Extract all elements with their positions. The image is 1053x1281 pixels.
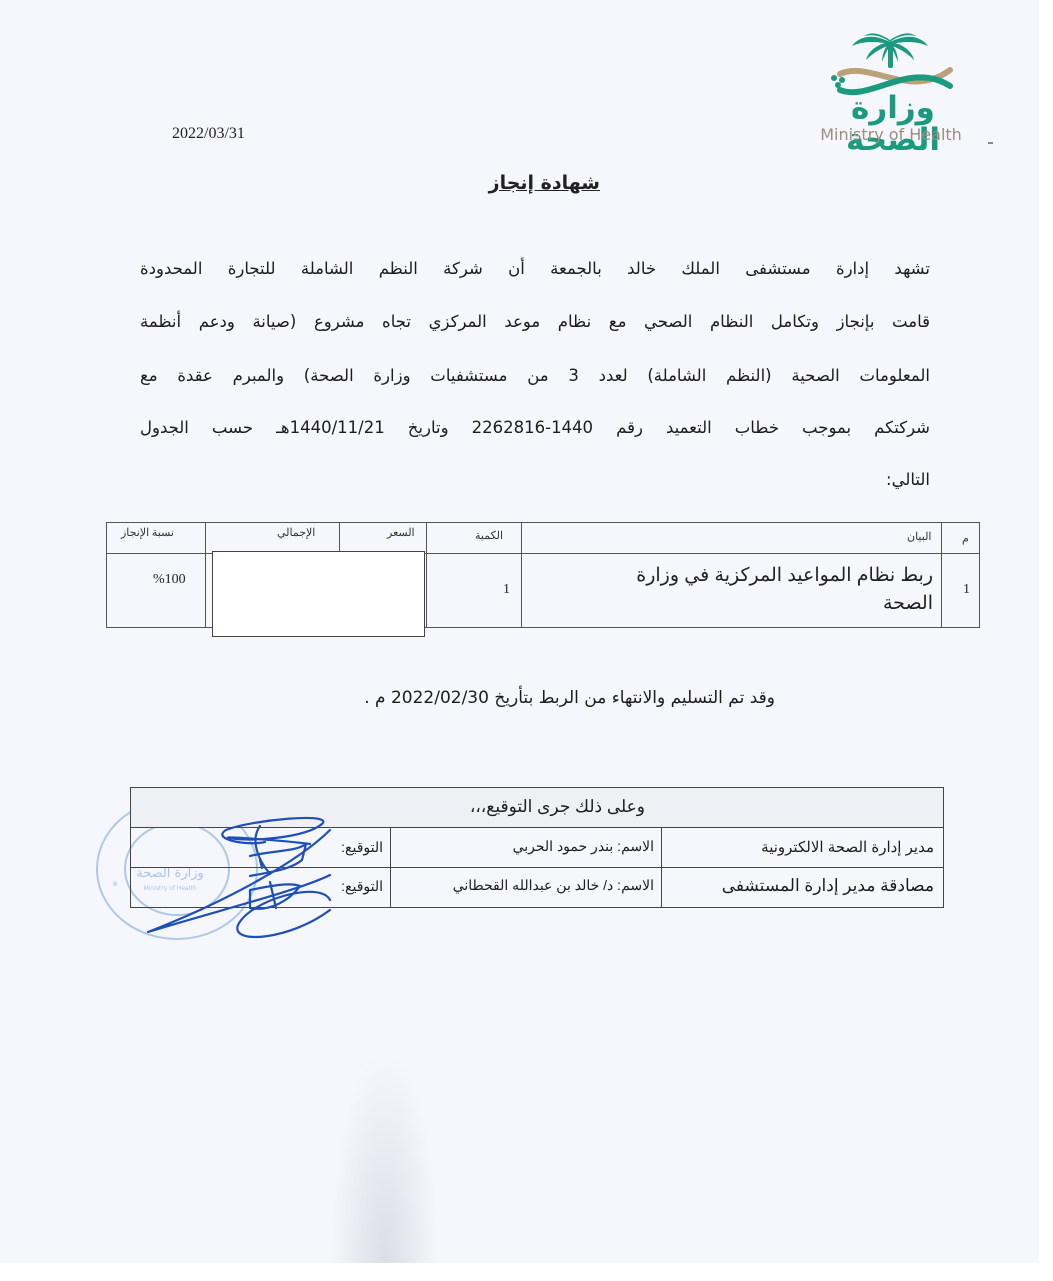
col-divider [339, 523, 340, 553]
document-date: 2022/03/31 [172, 125, 245, 143]
col-divider [521, 523, 522, 627]
delivery-note: وقد تم التسليم والانتهاء من الربط بتأريخ… [300, 688, 775, 708]
row-index: 1 [963, 582, 970, 598]
body-line: قامت بإنجاز وتكامل النظام الصحي مع نظام … [140, 312, 930, 331]
body-line: المعلومات الصحية (النظم الشاملة) لعدد 3 … [140, 366, 930, 385]
ministry-name-arabic: وزارة الصحة [808, 92, 978, 156]
signer-role: مصادقة مدير إدارة المستشفى [722, 876, 934, 896]
col-divider [941, 523, 942, 627]
row-quantity: 1 [503, 582, 510, 598]
scan-shadow [330, 1050, 440, 1263]
row-completion: %100 [153, 572, 186, 588]
header-index: م [962, 532, 969, 545]
handwritten-signature-icon [100, 800, 360, 950]
col-divider [390, 828, 391, 907]
document-title: شهادة إنجاز [480, 172, 600, 194]
redacted-price-total [212, 551, 425, 637]
row-description: ربط نظام المواعيد المركزية في وزارة الصح… [581, 562, 933, 618]
signer-role: مدير إدارة الصحة الالكترونية [761, 838, 934, 856]
signer-name: الاسم: د/ خالد بن عبدالله القحطاني [453, 877, 654, 894]
table-header-row [107, 523, 979, 554]
scan-speck [988, 142, 993, 144]
col-divider [661, 828, 662, 907]
ministry-name-english: Ministry of Health [806, 125, 976, 144]
body-line: شركتكم بموجب خطاب التعميد رقم 1440-22628… [140, 418, 930, 437]
header-total: الإجمالي [277, 526, 315, 539]
header-completion: نسبة الإنجاز [121, 526, 174, 539]
col-divider [426, 523, 427, 627]
header-quantity: الكمية [475, 529, 503, 542]
signature-heading: وعلى ذلك جرى التوقيع،،، [470, 797, 645, 817]
header-price: السعر [387, 526, 415, 539]
header-description: البيان [907, 530, 931, 543]
signer-name: الاسم: بندر حمود الحربي [513, 838, 654, 855]
body-line: تشهد إدارة مستشفى الملك خالد بالجمعة أن … [140, 259, 930, 278]
body-line: التالي: [140, 470, 930, 489]
